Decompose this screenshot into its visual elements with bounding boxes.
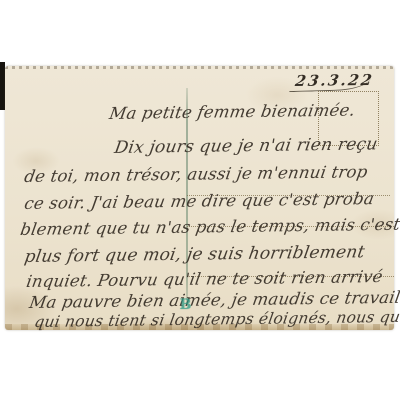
date-underline-flourish	[289, 77, 371, 92]
message-line: inquiet. Pourvu qu'il ne te soit rien ar…	[25, 267, 384, 291]
message-line: plus fort que moi, je suis horriblement	[23, 242, 366, 267]
postcard: 23.3.22 Ma petite femme bienaimée. Dix j…	[5, 66, 394, 330]
publisher-mark-icon: B	[179, 297, 192, 314]
message-line: ce soir. J'ai beau me dire que c'est pro…	[23, 189, 376, 213]
message-line: de toi, mon trésor, aussi je m'ennui tro…	[23, 162, 369, 186]
postcard-perforated-top-edge	[5, 66, 394, 69]
message-line: Dix jours que je n'ai rien reçu	[113, 134, 379, 158]
message-line: Ma petite femme bienaimée.	[108, 101, 357, 123]
message-line: blement que tu n'as pas le temps, mais c…	[19, 215, 400, 239]
